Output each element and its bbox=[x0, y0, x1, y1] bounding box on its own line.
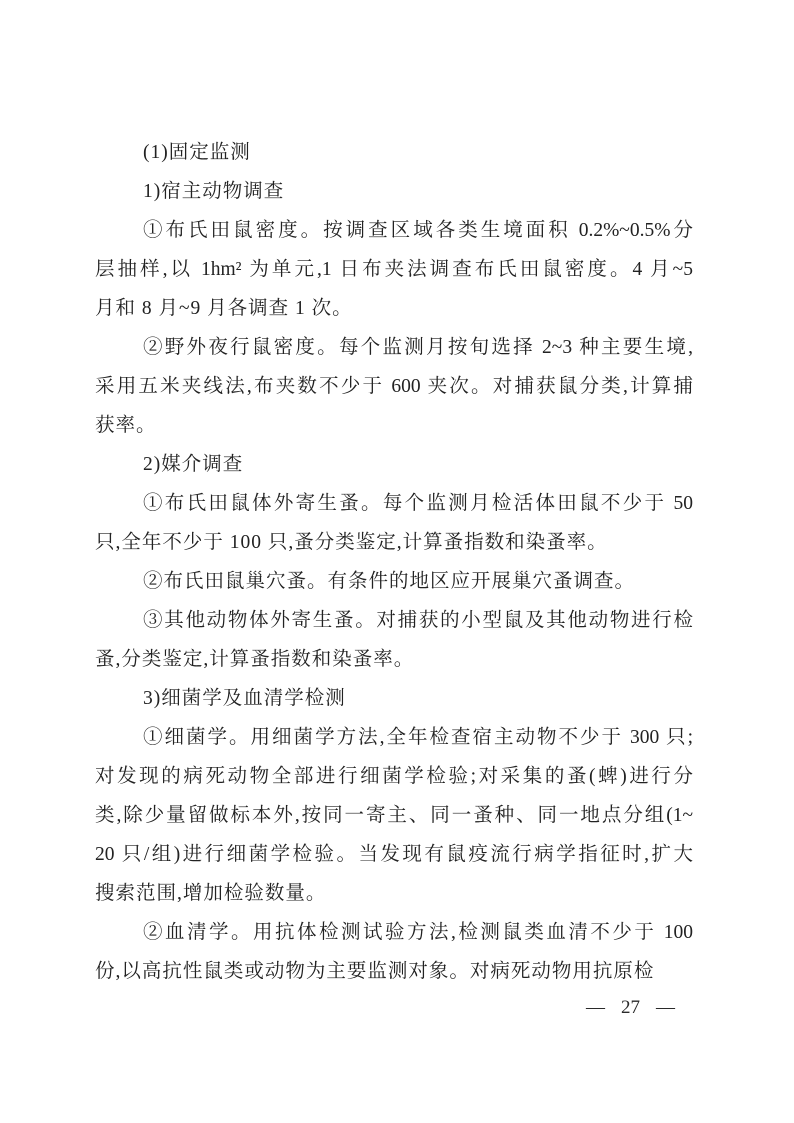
footer-page-number: 27 bbox=[621, 993, 640, 1023]
heading-line: (1)固定监测 bbox=[95, 133, 693, 172]
text-line: ①布氏田鼠体外寄生蚤。每个监测月检活体田鼠不少于 50 bbox=[95, 484, 693, 523]
text-line: 蚤,分类鉴定,计算蚤指数和染蚤率。 bbox=[95, 640, 693, 679]
footer-left-dash: — bbox=[586, 993, 605, 1023]
text-line: 搜索范围,增加检验数量。 bbox=[95, 874, 693, 913]
heading-line: 2)媒介调查 bbox=[95, 445, 693, 484]
text-line: ②野外夜行鼠密度。每个监测月按旬选择 2~3 种主要生境, bbox=[95, 328, 693, 367]
text-line: ②布氏田鼠巢穴蚤。有条件的地区应开展巢穴蚤调查。 bbox=[95, 562, 693, 601]
document-body: (1)固定监测1)宿主动物调查①布氏田鼠密度。按调查区域各类生境面积 0.2%~… bbox=[95, 133, 693, 991]
heading-line: 1)宿主动物调查 bbox=[95, 172, 693, 211]
text-line: 采用五米夹线法,布夹数不少于 600 夹次。对捕获鼠分类,计算捕 bbox=[95, 367, 693, 406]
text-line: 只,全年不少于 100 只,蚤分类鉴定,计算蚤指数和染蚤率。 bbox=[95, 523, 693, 562]
text-line: 类,除少量留做标本外,按同一寄主、同一蚤种、同一地点分组(1~ bbox=[95, 796, 693, 835]
text-line: 层抽样,以 1hm² 为单元,1 日布夹法调查布氏田鼠密度。4 月~5 bbox=[95, 250, 693, 289]
text-line: 获率。 bbox=[95, 406, 693, 445]
document-page: (1)固定监测1)宿主动物调查①布氏田鼠密度。按调查区域各类生境面积 0.2%~… bbox=[0, 0, 794, 1123]
text-line: 20 只/组)进行细菌学检验。当发现有鼠疫流行病学指征时,扩大 bbox=[95, 835, 693, 874]
text-line: ①布氏田鼠密度。按调查区域各类生境面积 0.2%~0.5%分 bbox=[95, 211, 693, 250]
text-line: ②血清学。用抗体检测试验方法,检测鼠类血清不少于 100 bbox=[95, 913, 693, 952]
text-line: 对发现的病死动物全部进行细菌学检验;对采集的蚤(蜱)进行分 bbox=[95, 757, 693, 796]
footer-right-dash: — bbox=[656, 993, 675, 1023]
heading-line: 3)细菌学及血清学检测 bbox=[95, 679, 693, 718]
text-line: ③其他动物体外寄生蚤。对捕获的小型鼠及其他动物进行检 bbox=[95, 601, 693, 640]
page-footer: —27— bbox=[586, 993, 675, 1023]
text-line: ①细菌学。用细菌学方法,全年检查宿主动物不少于 300 只; bbox=[95, 718, 693, 757]
text-line: 月和 8 月~9 月各调查 1 次。 bbox=[95, 289, 693, 328]
text-line: 份,以高抗性鼠类或动物为主要监测对象。对病死动物用抗原检 bbox=[95, 952, 693, 991]
